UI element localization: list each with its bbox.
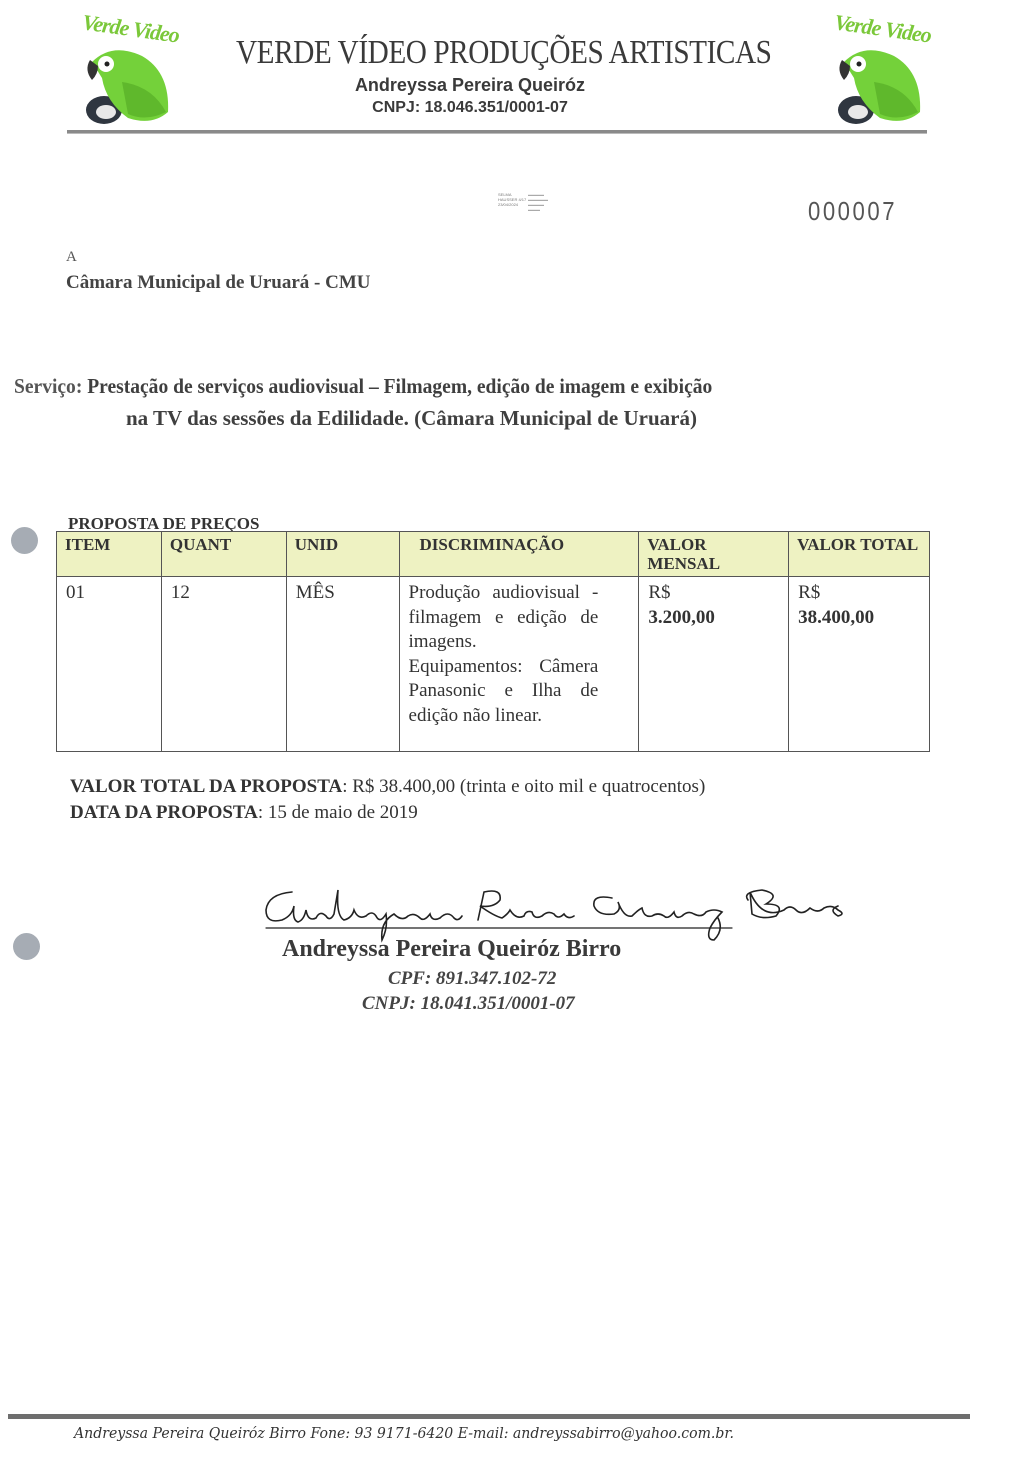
stamp-line: 23/04/2024 [498,202,526,207]
signature-text: Andreyssa Pereira Queiroz Birro [262,880,472,884]
signer-name: Andreyssa Pereira Queiróz Birro [282,936,621,963]
total-currency: R$ [798,581,920,606]
column-header-description: DISCRIMINAÇÃO [399,532,639,577]
document-number: 000007 [808,196,897,227]
recipient-name: Câmara Municipal de Uruará - CMU [66,272,371,294]
owner-cnpj: CNPJ: 18.046.351/0001-07 [0,99,940,117]
table-row: 01 12 MÊS Produção audiovisual - filmage… [57,577,930,752]
service-text-line1: Prestação de serviços audiovisual – Film… [87,374,712,398]
column-header-unid: UNID [286,532,399,577]
monthly-currency: R$ [648,581,779,606]
column-header-quant: QUANT [161,532,286,577]
date-value: : 15 de maio de 2019 [258,802,418,823]
proposal-summary: VALOR TOTAL DA PROPOSTA: R$ 38.400,00 (t… [70,774,705,826]
cell-item: 01 [57,577,162,752]
cell-description: Produção audiovisual - filmagem e edição… [399,577,639,752]
total-value: : R$ 38.400,00 (trinta e oito mil e quat… [342,776,705,797]
column-header-total: VALOR TOTAL [789,532,930,577]
total-label: VALOR TOTAL DA PROPOSTA [70,776,342,797]
cell-monthly-value: R$ 3.200,00 [639,577,789,752]
column-header-monthly: VALOR MENSAL [639,532,789,577]
total-line: VALOR TOTAL DA PROPOSTA: R$ 38.400,00 (t… [70,774,705,800]
equipment-text: Equipamentos: Câmera Panasonic e Ilha de… [409,655,599,729]
date-line: DATA DA PROPOSTA: 15 de maio de 2019 [70,800,705,826]
footer-divider [8,1414,970,1419]
cell-total-value: R$ 38.400,00 [789,577,930,752]
company-name: VERDE VÍDEO PRODUÇÕES ARTISTICAS [236,34,771,72]
price-table: ITEM QUANT UNID DISCRIMINAÇÃO VALOR MENS… [56,531,930,752]
owner-name: Andreyssa Pereira Queiróz [0,75,940,96]
punch-hole [13,933,40,960]
cell-quant: 12 [161,577,286,752]
service-text-line2: na TV das sessões da Edilidade. (Câmara … [14,402,924,434]
description-text: Produção audiovisual - filmagem e edição… [409,581,599,655]
signer-cpf: CPF: 891.347.102-72 [388,968,556,990]
total-amount: 38.400,00 [798,606,920,631]
service-description: Serviço: Prestação de serviços audiovisu… [14,370,924,434]
header-divider [67,130,927,134]
footer-contact: Andreyssa Pereira Queiróz Birro Fone: 93… [74,1426,734,1442]
service-label: Serviço: [14,374,82,398]
recipient-prefix: A [66,249,77,266]
table-header-row: ITEM QUANT UNID DISCRIMINAÇÃO VALOR MENS… [57,532,930,577]
monthly-amount: 3.200,00 [648,606,779,631]
cell-unid: MÊS [286,577,399,752]
column-header-item: ITEM [57,532,162,577]
receipt-stamp: SELMA HAUSSER 4/17 23/04/2024 ▬▬▬▬▬▬▬▬▬▬… [498,192,526,207]
signer-cnpj: CNPJ: 18.041.351/0001-07 [362,993,575,1015]
date-label: DATA DA PROPOSTA [70,802,258,823]
punch-hole [11,527,38,554]
stamp-fine-print: ▬▬▬▬▬▬▬▬▬▬▬▬▬▬▬▬ [528,192,558,212]
